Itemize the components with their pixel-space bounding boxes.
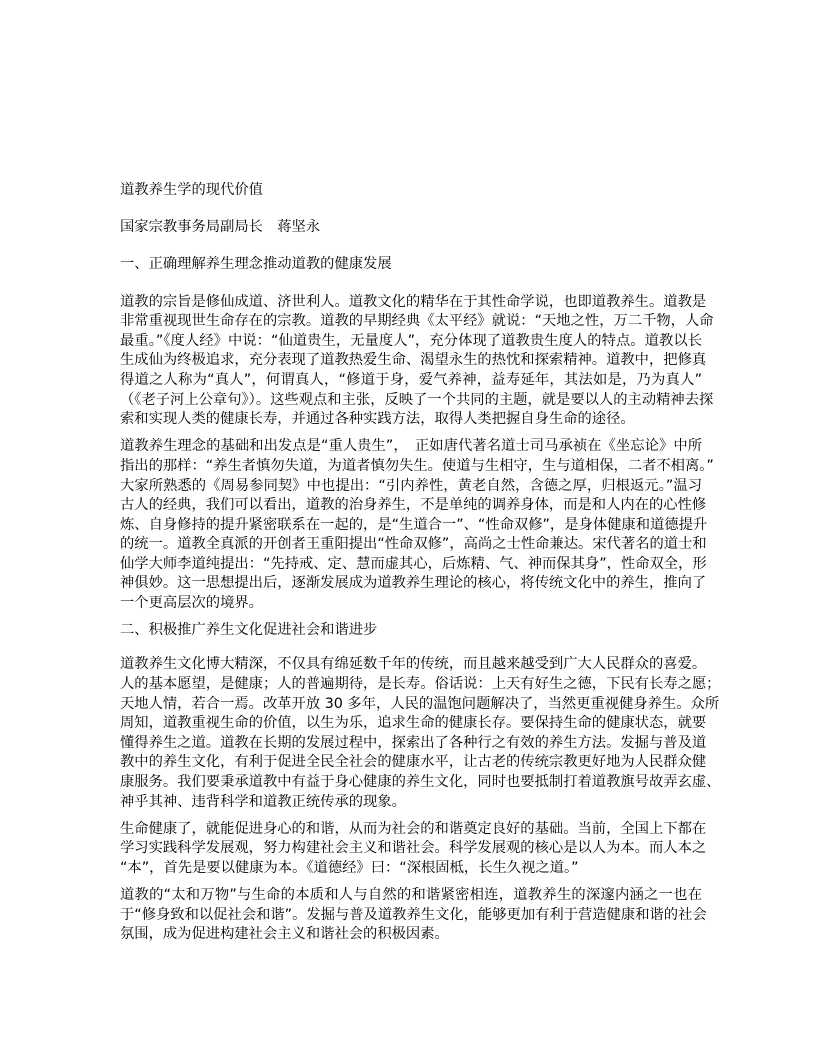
text-line: 仙学大师李道纯提出：“先持戒、定、慧而虚其心，后炼精、气、神而保其身”，性命双全… — [120, 555, 702, 575]
section-heading-2: 二、积极推广养生文化促进社会和谐进步 — [120, 621, 702, 641]
section-heading-1: 一、正确理解养生理念推动道教的健康发展 — [120, 255, 702, 275]
text-line: 道教养生理念的基础和出发点是“重人贵生”， 正如唐代著名道士司马承祯在《坐忘论》… — [120, 437, 702, 457]
text-line: 氛围，成为促进构建社会主义和谐社会的积极因素。 — [120, 925, 702, 945]
paragraph-2-1: 道教养生文化博大精深，不仅具有绵延数千年的传统，而且越来越受到广大人民群众的喜爱… — [120, 655, 702, 812]
text-line: 一个更高层次的境界。 — [120, 594, 702, 614]
text-line: 索和实现人类的健康长寿，并通过各种实践方法，取得人类把握自身生命的途径。 — [120, 410, 702, 430]
document-page: 道教养生学的现代价值 国家宗教事务局副局长 蒋坚永 一、正确理解养生理念推动道教… — [120, 181, 702, 952]
text-line: 懂得养生之道。道教在长期的发展过程中，探索出了各种行之有效的养生方法。发掘与普及… — [120, 734, 702, 754]
document-title: 道教养生学的现代价值 — [120, 181, 702, 201]
text-line: 非常重视现世生命存在的宗教。道教的早期经典《太平经》就说：“天地之性，万二千物，… — [120, 312, 702, 332]
text-line: 学习实践科学发展观，努力构建社会主义和谐社会。科学发展观的核心是以人为本。而人本… — [120, 839, 702, 859]
text-line: 神俱妙。这一思想提出后，逐渐发展成为道教养生理论的核心，将传统文化中的养生，推向… — [120, 574, 702, 594]
text-line: 教中的养生文化，有利于促进全民全社会的健康水平，让古老的传统宗教更好地为人民群众… — [120, 753, 702, 773]
text-line: （《老子河上公章句》）。这些观点和主张，反映了一个共同的主题，就是要以人的主动精… — [120, 391, 702, 411]
text-line: 得道之人称为“真人”，何谓真人，“修道于身，爱气养神，益寿延年，其法如是，乃为真… — [120, 371, 702, 391]
paragraph-1-2: 道教养生理念的基础和出发点是“重人贵生”， 正如唐代著名道士司马承祯在《坐忘论》… — [120, 437, 702, 613]
paragraph-2-3: 道教的“太和万物”与生命的本质和人与自然的和谐紧密相连，道教养生的深邃内涵之一也… — [120, 886, 702, 945]
text-line: 康服务。我们要秉承道教中有益于身心健康的养生文化，同时也要抵制打着道教旗号故弄玄… — [120, 773, 702, 793]
paragraph-1-1: 道教的宗旨是修仙成道、济世利人。道教文化的精华在于其性命学说，也即道教养生。道教… — [120, 293, 702, 430]
text-line: 神乎其神、违背科学和道教正统传承的现象。 — [120, 793, 702, 813]
text-line: 生成仙为终极追求，充分表现了道教热爱生命、渴望永生的热忱和探索精神。道教中，把修… — [120, 351, 702, 371]
paragraph-2-2: 生命健康了，就能促进身心的和谐，从而为社会的和谐奠定良好的基础。当前，全国上下都… — [120, 820, 702, 879]
text-line: 最重。”《度人经》中说：“仙道贵生，无量度人”，充分体现了道教贵生度人的特点。道… — [120, 332, 702, 352]
text-line: 周知，道教重视生命的价值，以生为乐，追求生命的健康长存。要保持生命的健康状态，就… — [120, 714, 702, 734]
text-line: 道教的“太和万物”与生命的本质和人与自然的和谐紧密相连，道教养生的深邃内涵之一也… — [120, 886, 702, 906]
text-line: “本”，首先是要以健康为本。《道德经》曰：“深根固柢，长生久视之道。” — [120, 859, 702, 879]
author-line: 国家宗教事务局副局长 蒋坚永 — [120, 218, 702, 238]
text-line: 指出的那样：“养生者慎勿失道，为道者慎勿失生。使道与生相守，生与道相保，二者不相… — [120, 457, 702, 477]
text-line: 大家所熟悉的《周易参同契》中也提出：“引内养性，黄老自然，含德之厚，归根返元。”… — [120, 477, 702, 497]
text-line: 人的基本愿望，是健康；人的普遍期待，是长寿。俗话说：上天有好生之德，下民有长寿之… — [120, 675, 702, 695]
text-line: 炼、自身修持的提升紧密联系在一起的，是“生道合一”、“性命双修”，是身体健康和道… — [120, 516, 702, 536]
text-line: 生命健康了，就能促进身心的和谐，从而为社会的和谐奠定良好的基础。当前，全国上下都… — [120, 820, 702, 840]
text-line: 道教的宗旨是修仙成道、济世利人。道教文化的精华在于其性命学说，也即道教养生。道教… — [120, 293, 702, 313]
text-line: 道教养生文化博大精深，不仅具有绵延数千年的传统，而且越来越受到广大人民群众的喜爱… — [120, 655, 702, 675]
text-line: 于“修身致和以促社会和谐”。发掘与普及道教养生文化，能够更加有利于营造健康和谐的… — [120, 906, 702, 926]
text-line: 天地人情，若合一焉。改革开放 30 多年，人民的温饱问题解决了，当然更重视健身养… — [120, 695, 702, 715]
text-line: 古人的经典，我们可以看出，道教的治身养生，不是单纯的调养身体，而是和人内在的心性… — [120, 496, 702, 516]
text-line: 的统一。道教全真派的开创者王重阳提出“性命双修”，高尚之士性命兼达。宋代著名的道… — [120, 535, 702, 555]
